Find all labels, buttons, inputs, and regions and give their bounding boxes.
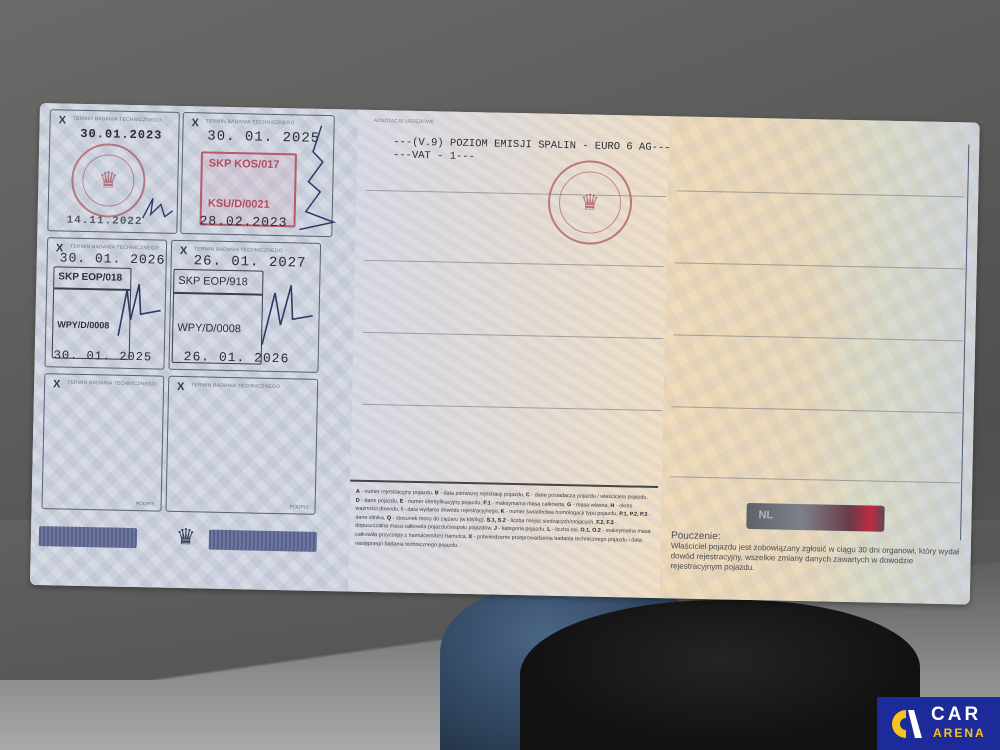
next-inspection-date: 30. 01. 2026 bbox=[60, 250, 166, 267]
legend-item: D - dane pojazdu, bbox=[356, 497, 400, 504]
legend-key: G bbox=[567, 502, 573, 508]
ruled-line bbox=[676, 190, 964, 197]
security-banner-left bbox=[39, 526, 137, 548]
legend-item: L - liczba osi, bbox=[547, 527, 580, 534]
brand-name-top: CAR bbox=[931, 704, 981, 726]
inspection-marker: X bbox=[177, 381, 185, 393]
diagnostician-code: WPY/D/0008 bbox=[57, 319, 109, 330]
station-code: SKP EOP/918 bbox=[178, 275, 248, 288]
page-border bbox=[960, 144, 970, 540]
car-arena-watermark: CAR ARENA bbox=[877, 697, 1000, 750]
inspection-header: TERMIN BADANIA TECHNICZNEGO bbox=[73, 116, 162, 124]
ruled-line bbox=[672, 406, 962, 413]
inspection-header: TERMIN BADANIA TECHNICZNEGO bbox=[67, 380, 156, 388]
inspection-date: 28.02.2023 bbox=[199, 213, 287, 230]
notice-text: Właściciel pojazdu jest zobowiązany zgło… bbox=[670, 541, 961, 577]
registration-document: X TERMIN BADANIA TECHNICZNEGO 30.01.2023… bbox=[30, 103, 980, 605]
round-seal-stamp: ♛ bbox=[71, 143, 147, 219]
eagle-emblem-icon: ♛ bbox=[580, 189, 600, 215]
inspection-marker: X bbox=[53, 378, 61, 390]
legend-item: K - numer świadectwa homologacji typu po… bbox=[501, 509, 620, 517]
legend-key: C bbox=[526, 492, 532, 498]
legend-key: I bbox=[401, 507, 404, 513]
legend-key: F.2, F.3 bbox=[596, 520, 615, 526]
inspection-header: TERMIN BADANIA TECHNICZNEGO bbox=[206, 118, 295, 126]
legend-item: S.1, S.2 - liczba miejsc siedzących/stoj… bbox=[487, 517, 597, 525]
inspection-header: TERMIN BADANIA TECHNICZNEGO bbox=[191, 382, 280, 390]
legend-key: O.1, O.2 bbox=[580, 528, 602, 534]
legend-key: P.1, P.2, P.3 bbox=[619, 511, 649, 518]
legend-item: A - numer rejestracyjny pojazdu, bbox=[356, 489, 435, 497]
signature bbox=[112, 270, 163, 341]
legend-item: C - dane posiadacza pojazdu / właściciel… bbox=[526, 492, 648, 501]
inspection-box-2: X TERMIN BADANIA TECHNICZNEGO 30. 01. 20… bbox=[180, 112, 335, 237]
inspection-page: X TERMIN BADANIA TECHNICZNEGO 30.01.2023… bbox=[30, 103, 358, 592]
hologram-text: NL bbox=[758, 509, 773, 521]
notice: Pouczenie: Właściciel pojazdu jest zobow… bbox=[670, 531, 961, 577]
inspection-box-6: X TERMIN BADANIA TECHNICZNEGO PODPIS bbox=[165, 376, 318, 515]
eagle-emblem-icon: ♛ bbox=[98, 167, 118, 193]
inspection-marker: X bbox=[191, 117, 199, 129]
signature bbox=[139, 190, 176, 223]
annotation-text: ---(V.9) POZIOM EMISJI SPALIN - EURO 6 A… bbox=[393, 136, 671, 168]
legend-key: F.1 bbox=[483, 500, 492, 506]
diagnostician-code: WPY/D/0008 bbox=[177, 322, 241, 335]
next-inspection-date: 30.01.2023 bbox=[80, 127, 162, 143]
legend-key: H bbox=[610, 503, 616, 509]
legend-key: E bbox=[400, 498, 405, 504]
field-legend: A - numer rejestracyjny pojazdu, B - dat… bbox=[348, 480, 658, 594]
dark-bag bbox=[520, 600, 920, 750]
legend-item: I - data wydania dowodu rejestracyjnego, bbox=[401, 507, 501, 515]
diagnostician-code: KSU/D/0021 bbox=[208, 198, 270, 211]
legend-key: J bbox=[494, 526, 499, 532]
vat-line: ---VAT - 1--- bbox=[393, 149, 475, 163]
security-hologram: NL bbox=[746, 503, 885, 532]
ruled-line bbox=[363, 332, 663, 339]
ruled-line bbox=[365, 260, 665, 267]
brand-name-bottom: ARENA bbox=[933, 726, 986, 740]
legend-item: G - masa własna, bbox=[567, 502, 611, 509]
inspection-box-4: X TERMIN BADANIA TECHNICZNEGO 26. 01. 20… bbox=[168, 240, 321, 373]
signature-label: PODPIS bbox=[290, 504, 309, 510]
ruled-line bbox=[675, 262, 965, 269]
signature bbox=[258, 275, 316, 350]
legend-item: B - data pierwszej rejestracji pojazdu, bbox=[435, 490, 526, 498]
inspection-date: 30. 01. 2025 bbox=[54, 348, 153, 364]
legend-item: E - numer identyfikacyjny pojazdu, bbox=[400, 498, 484, 506]
security-banner-right bbox=[209, 530, 317, 552]
legend-item: F.1 - maksymalna masa całkowita, bbox=[483, 500, 567, 508]
inspection-box-3: X TERMIN BADANIA TECHNICZNEGO 30. 01. 20… bbox=[44, 237, 167, 369]
legend-key: Q bbox=[387, 515, 393, 521]
inspection-box-1: X TERMIN BADANIA TECHNICZNEGO 30.01.2023… bbox=[47, 109, 180, 234]
legend-key: A bbox=[356, 489, 361, 495]
station-code: SKP KOS/017 bbox=[209, 158, 280, 171]
inspection-marker: X bbox=[180, 245, 188, 257]
ruled-line bbox=[673, 334, 963, 341]
inspection-date: 14.11.2022 bbox=[66, 215, 142, 229]
legend-key: L bbox=[547, 527, 552, 533]
legend-item: J - kategoria pojazdu, bbox=[494, 526, 547, 533]
annotations-header: ADNOTACJE URZĘDOWE bbox=[374, 118, 435, 125]
legend-key: K bbox=[501, 509, 507, 515]
legend-item: Q - stosunek mocy do ciężaru (w kW/kg), bbox=[387, 515, 487, 523]
legend-key: S.1, S.2 bbox=[487, 517, 508, 523]
inspection-box-5: X TERMIN BADANIA TECHNICZNEGO PODPIS bbox=[41, 373, 164, 511]
inspection-date: 26. 01. 2026 bbox=[184, 349, 290, 366]
car-arena-logo-icon bbox=[889, 707, 923, 741]
legend-key: X bbox=[469, 534, 474, 540]
signature-label: PODPIS bbox=[136, 501, 155, 507]
signature bbox=[289, 121, 341, 234]
inspection-marker: X bbox=[59, 114, 67, 126]
ruled-line bbox=[670, 476, 960, 483]
legend-key: B bbox=[435, 490, 441, 496]
legend-key: D bbox=[356, 497, 362, 503]
ruled-line bbox=[362, 404, 662, 411]
office-round-seal: ♛ bbox=[547, 160, 633, 246]
stamp-divider bbox=[174, 292, 262, 295]
polish-eagle-emblem-icon: ♛ bbox=[176, 524, 196, 550]
